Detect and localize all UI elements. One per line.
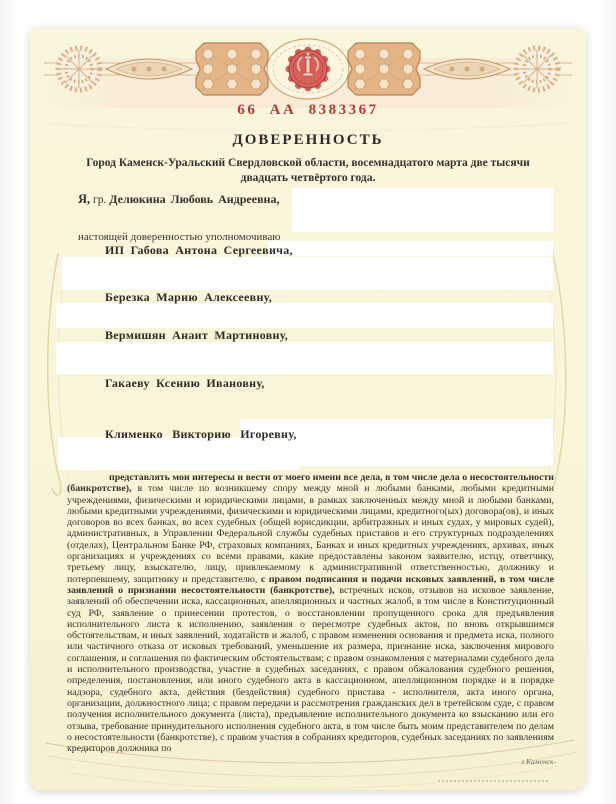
microprint-line [438,780,548,782]
powers-segment: встречных исков, отзывов на исковое заяв… [67,585,554,754]
attorney-name: Клименко Викторию Игоревну, [105,427,297,442]
place-and-date: Город Каменск-Уральский Свердловской обл… [68,156,548,185]
vesica-ornament-left [106,59,192,79]
principal-pronoun: Я, [78,192,90,206]
lattice-plaque-left [196,43,268,95]
attorney-name: Березка Марию Алексеевну, [105,290,272,305]
authorize-clause: настоящей доверенностью уполномочиваю [78,231,281,243]
attorney-name: Вермишян Анаит Мартиновну, [105,328,288,343]
redaction-box [58,462,300,470]
principal-name: Делюкина Любовь Андреевна, [109,192,279,206]
principal-line: Я, гр. Делюкина Любовь Андреевна, [78,192,279,207]
powers-paragraph: представлять мои интересы и вести от мое… [67,472,554,754]
powers-segment: в том числе по возникшему спору между мн… [67,483,554,584]
notary-emblem-icon [267,39,349,99]
blank-serial-number: 66 АА 8383367 [30,102,586,119]
page-catchword: г.Каменск- [521,757,556,766]
principal-prefix: гр. [93,194,106,206]
notarial-letterhead-paper: 66 АА 8383367 ДОВЕРЕННОСТЬ Город Каменск… [30,28,586,790]
document-title: ДОВЕРЕННОСТЬ [30,132,586,149]
redaction-box [56,303,553,328]
attorney-name: ИП Габова Антона Сергеевича, [105,243,293,258]
redaction-box [62,257,553,290]
guilloche-header-band [44,36,572,102]
lace-medallion-left [58,48,100,90]
redaction-box [292,188,553,232]
redaction-box [56,342,553,374]
scanned-document: 66 АА 8383367 ДОВЕРЕННОСТЬ Город Каменск… [0,0,616,804]
lattice-plaque-right [348,43,420,95]
vesica-ornament-right [424,59,510,79]
attorney-name: Гакаеву Ксению Ивановну, [105,376,265,391]
redaction-box [268,241,553,256]
lace-medallion-right [516,48,558,90]
